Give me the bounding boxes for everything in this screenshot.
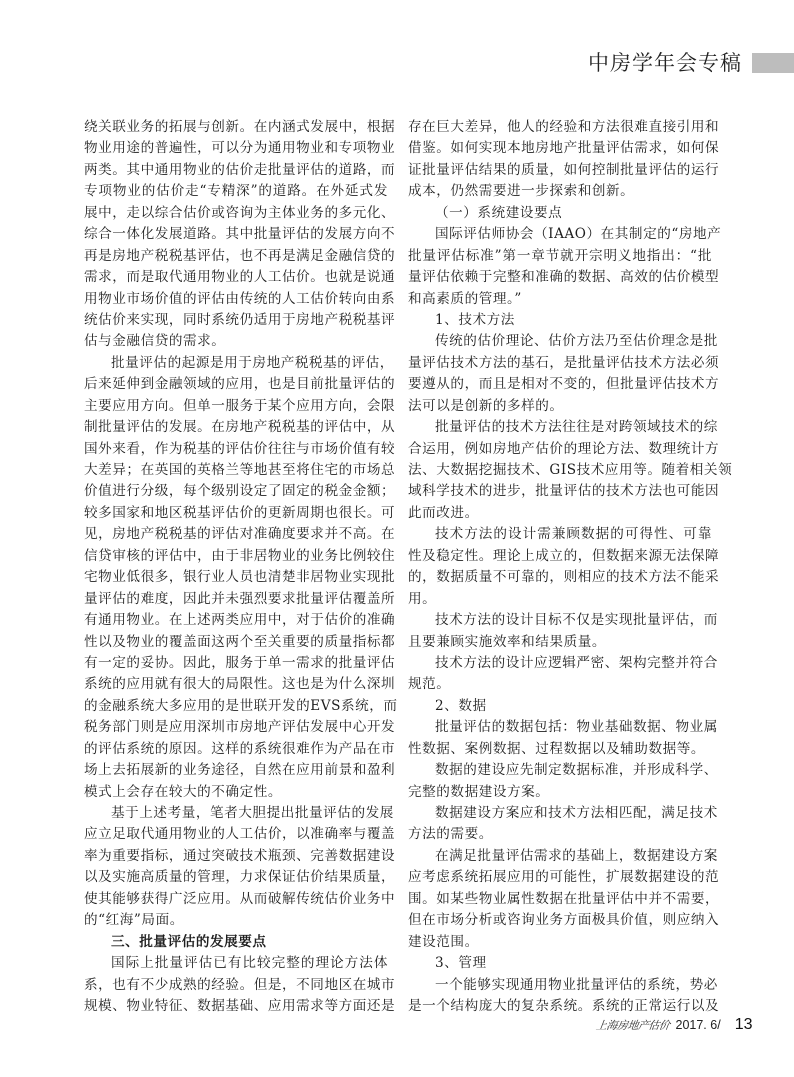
paragraph-line: 使其能够获得广泛应用。从而破解传统估价业务中 bbox=[84, 889, 388, 910]
page-footer: 上海房地产估价 2017. 6/ 13 bbox=[596, 1012, 752, 1038]
paragraph-line: 物业用途的普遍性，可以分为通用物业和专项物业 bbox=[84, 138, 388, 159]
paragraph-line: 再是房地产税税基评估，也不再是满足金融信贷的 bbox=[84, 246, 388, 267]
paragraph-line: 规范。 bbox=[408, 674, 712, 695]
paragraph-line: 性数据、案例数据、过程数据以及辅助数据等。 bbox=[408, 739, 712, 760]
journal-logo: 上海房地产估价 bbox=[595, 1017, 671, 1033]
paragraph-line: 数据建设方案应和技术方法相匹配，满足技术 bbox=[408, 803, 712, 824]
paragraph-line: 批量评估的数据包括：物业基础数据、物业属 bbox=[408, 717, 712, 738]
paragraph-line: 综合一体化发展道路。其中批量评估的发展方向不 bbox=[84, 224, 388, 245]
paragraph-line: 有一定的妥协。因此，服务于单一需求的批量评估 bbox=[84, 653, 388, 674]
paragraph-line: 用物业市场价值的评估由传统的人工估价转向由系 bbox=[84, 289, 388, 310]
paragraph-line: 模式上会存在较大的不确定性。 bbox=[84, 782, 388, 803]
paragraph-line: 制批量评估的发展。在房地产税税基的评估中，从 bbox=[84, 417, 388, 438]
paragraph-line: 国外来看，作为税基的评估价往往与市场价值有较 bbox=[84, 439, 388, 460]
paragraph-line: 见，房地产税税基的评估对准确度要求并不高。在 bbox=[84, 524, 388, 545]
paragraph-line: 完整的数据建设方案。 bbox=[408, 782, 712, 803]
paragraph-line: 基于上述考量，笔者大胆提出批量评估的发展 bbox=[84, 803, 388, 824]
paragraph-line: 以及实施高质量的管理，力求保证估价结果质量， bbox=[84, 867, 388, 888]
paragraph-line: 系统的应用就有很大的局限性。这也是为什么深圳 bbox=[84, 674, 388, 695]
paragraph-line: 量评估依赖于完整和准确的数据、高效的估价模型 bbox=[408, 267, 712, 288]
paragraph-line: 场上去拓展新的业务途径，自然在应用前景和盈利 bbox=[84, 760, 388, 781]
paragraph-line: 应立足取代通用物业的人工估价，以准确率与覆盖 bbox=[84, 824, 388, 845]
paragraph-line: 较多国家和地区税基评估价的更新周期也很长。可 bbox=[84, 503, 388, 524]
subsection-heading: （一）系统建设要点 bbox=[408, 203, 712, 224]
paragraph-line: 性及稳定性。理论上成立的，但数据来源无法保障 bbox=[408, 546, 712, 567]
paragraph-line: 宅物业低很多，银行业人员也清楚非居物业实现批 bbox=[84, 567, 388, 588]
paragraph-line: 展中，走以综合估价或咨询为主体业务的多元化、 bbox=[84, 203, 388, 224]
paragraph-line: 法、大数据挖掘技术、GIS技术应用等。随着相关领 bbox=[408, 460, 712, 481]
paragraph-line: 应考虑系统拓展应用的可能性，扩展数据建设的范 bbox=[408, 867, 712, 888]
paragraph-line: 税务部门则是应用深圳市房地产评估发展中心开发 bbox=[84, 717, 388, 738]
paragraph-line: 且要兼顾实施效率和结果质量。 bbox=[408, 632, 712, 653]
text-column-right: 存在巨大差异，他人的经验和方法很难直接引用和借鉴。如何实现本地房地产批量评估需求… bbox=[408, 117, 712, 1017]
paragraph-line: 域科学技术的进步，批量评估的技术方法也可能因 bbox=[408, 481, 712, 502]
paragraph-line: 传统的估价理论、估价方法乃至估价理念是批 bbox=[408, 331, 712, 352]
paragraph-line: 在满足批量评估需求的基础上，数据建设方案 bbox=[408, 846, 712, 867]
subsection-heading: 2、数据 bbox=[408, 696, 712, 717]
paragraph-line: 有通用物业。在上述两类应用中，对于估价的准确 bbox=[84, 610, 388, 631]
paragraph-line: 率为重要指标，通过突破技术瓶颈、完善数据建设 bbox=[84, 846, 388, 867]
paragraph-line: 价值进行分级，每个级别设定了固定的税金金额； bbox=[84, 481, 388, 502]
paragraph-line: 量评估技术方法的基石，是批量评估技术方法必须 bbox=[408, 353, 712, 374]
paragraph-line: 批量评估的技术方法往往是对跨领域技术的综 bbox=[408, 417, 712, 438]
paragraph-line: 存在巨大差异，他人的经验和方法很难直接引用和 bbox=[408, 117, 712, 138]
paragraph-line: 一个能够实现通用物业批量评估的系统，势必 bbox=[408, 975, 712, 996]
paragraph-line: 技术方法的设计目标不仅是实现批量评估，而 bbox=[408, 610, 712, 631]
paragraph-line: 系，也有不少成熟的经验。但是，不同地区在城市 bbox=[84, 975, 388, 996]
issue-date: 2017. 6/ bbox=[676, 1018, 721, 1032]
subsection-heading: 1、技术方法 bbox=[408, 310, 712, 331]
paragraph-line: 的，数据质量不可靠的，则相应的技术方法不能采 bbox=[408, 567, 712, 588]
paragraph-line: 但在市场分析或咨询业务方面极具价值，则应纳入 bbox=[408, 910, 712, 931]
page-number: 13 bbox=[735, 1016, 753, 1034]
paragraph-line: 后来延伸到金融领域的应用，也是目前批量评估的 bbox=[84, 374, 388, 395]
paragraph-line: 统估价来实现，同时系统仍适用于房地产税税基评 bbox=[84, 310, 388, 331]
paragraph-line: 成本，仍然需要进一步探索和创新。 bbox=[408, 181, 712, 202]
paragraph-line: 专项物业的估价走“专精深”的道路。在外延式发 bbox=[84, 181, 388, 202]
paragraph-line: 的评估系统的原因。这样的系统很难作为产品在市 bbox=[84, 739, 388, 760]
paragraph-line: 法可以是创新的多样的。 bbox=[408, 396, 712, 417]
paragraph-line: 和高素质的管理。” bbox=[408, 289, 712, 310]
paragraph-line: 此而改进。 bbox=[408, 503, 712, 524]
paragraph-line: 信贷审核的评估中，由于非居物业的业务比例较住 bbox=[84, 546, 388, 567]
paragraph-line: 国际评估师协会（IAAO）在其制定的“房地产 bbox=[408, 224, 712, 245]
paragraph-line: 借鉴。如何实现本地房地产批量评估需求，如何保 bbox=[408, 138, 712, 159]
section-heading: 三、批量评估的发展要点 bbox=[84, 932, 388, 953]
paragraph-line: 建设范围。 bbox=[408, 932, 712, 953]
paragraph-line: 围。如某些物业属性数据在批量评估中并不需要， bbox=[408, 889, 712, 910]
paragraph-line: 数据的建设应先制定数据标准，并形成科学、 bbox=[408, 760, 712, 781]
paragraph-line: 国际上批量评估已有比较完整的理论方法体 bbox=[84, 953, 388, 974]
paragraph-line: 性以及物业的覆盖面这两个至关重要的质量指标都 bbox=[84, 632, 388, 653]
paragraph-line: 两类。其中通用物业的估价走批量评估的道路，而 bbox=[84, 160, 388, 181]
text-column-left: 绕关联业务的拓展与创新。在内涵式发展中，根据物业用途的普遍性，可以分为通用物业和… bbox=[84, 117, 388, 1017]
paragraph-line: 绕关联业务的拓展与创新。在内涵式发展中，根据 bbox=[84, 117, 388, 138]
paragraph-line: 方法的需要。 bbox=[408, 824, 712, 845]
paragraph-line: 批量评估标准”第一章节就开宗明义地指出：“批 bbox=[408, 246, 712, 267]
paragraph-line: 批量评估的起源是用于房地产税税基的评估， bbox=[84, 353, 388, 374]
paragraph-line: 合运用，例如房地产估价的理论方法、数理统计方 bbox=[408, 439, 712, 460]
paragraph-line: 估与金融信贷的需求。 bbox=[84, 331, 388, 352]
section-title: 中房学年会专稿 bbox=[588, 50, 742, 76]
paragraph-line: 需求，而是取代通用物业的人工估价。也就是说通 bbox=[84, 267, 388, 288]
paragraph-line: 大差异；在英国的英格兰等地甚至将住宅的市场总 bbox=[84, 460, 388, 481]
paragraph-line: 证批量评估结果的质量，如何控制批量评估的运行 bbox=[408, 160, 712, 181]
paragraph-line: 量评估的难度，因此并未强烈要求批量评估覆盖所 bbox=[84, 589, 388, 610]
paragraph-line: 技术方法的设计需兼顾数据的可得性、可靠 bbox=[408, 524, 712, 545]
paragraph-line: 的“红海”局面。 bbox=[84, 910, 388, 931]
paragraph-line: 的金融系统大多应用的是世联开发的EVS系统，而 bbox=[84, 696, 388, 717]
running-header: 中房学年会专稿 bbox=[588, 50, 794, 76]
paragraph-line: 要遵从的，而且是相对不变的，但批量评估技术方 bbox=[408, 374, 712, 395]
paragraph-line: 主要应用方向。但单一服务于某个应用方向，会限 bbox=[84, 396, 388, 417]
paragraph-line: 规模、物业特征、数据基础、应用需求等方面还是 bbox=[84, 996, 388, 1017]
subsection-heading: 3、管理 bbox=[408, 953, 712, 974]
paragraph-line: 技术方法的设计应逻辑严密、架构完整并符合 bbox=[408, 653, 712, 674]
paragraph-line: 用。 bbox=[408, 589, 712, 610]
header-accent-bar bbox=[752, 53, 794, 73]
